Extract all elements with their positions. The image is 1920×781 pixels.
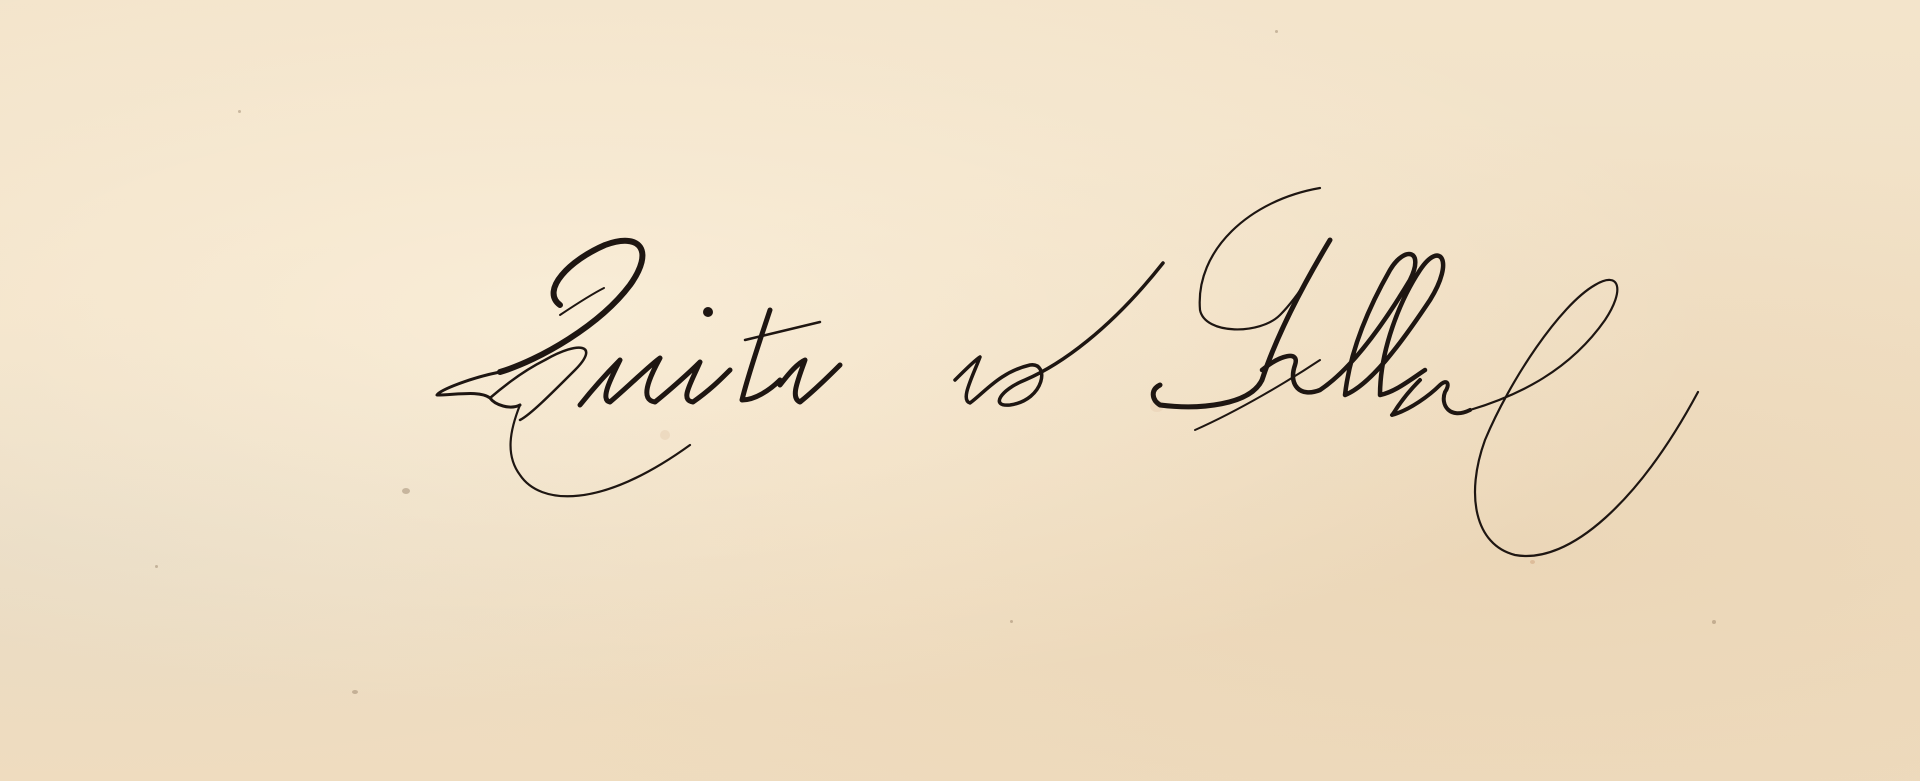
quintino-sella-signature (0, 0, 1920, 781)
letters-uintin (580, 358, 730, 405)
final-flourish (1470, 280, 1698, 556)
letter-q-tail (437, 372, 520, 407)
letter-q-loop (500, 241, 642, 372)
letters-ella (1262, 254, 1443, 395)
letter-s (1200, 188, 1330, 329)
letters-no (955, 263, 1163, 405)
